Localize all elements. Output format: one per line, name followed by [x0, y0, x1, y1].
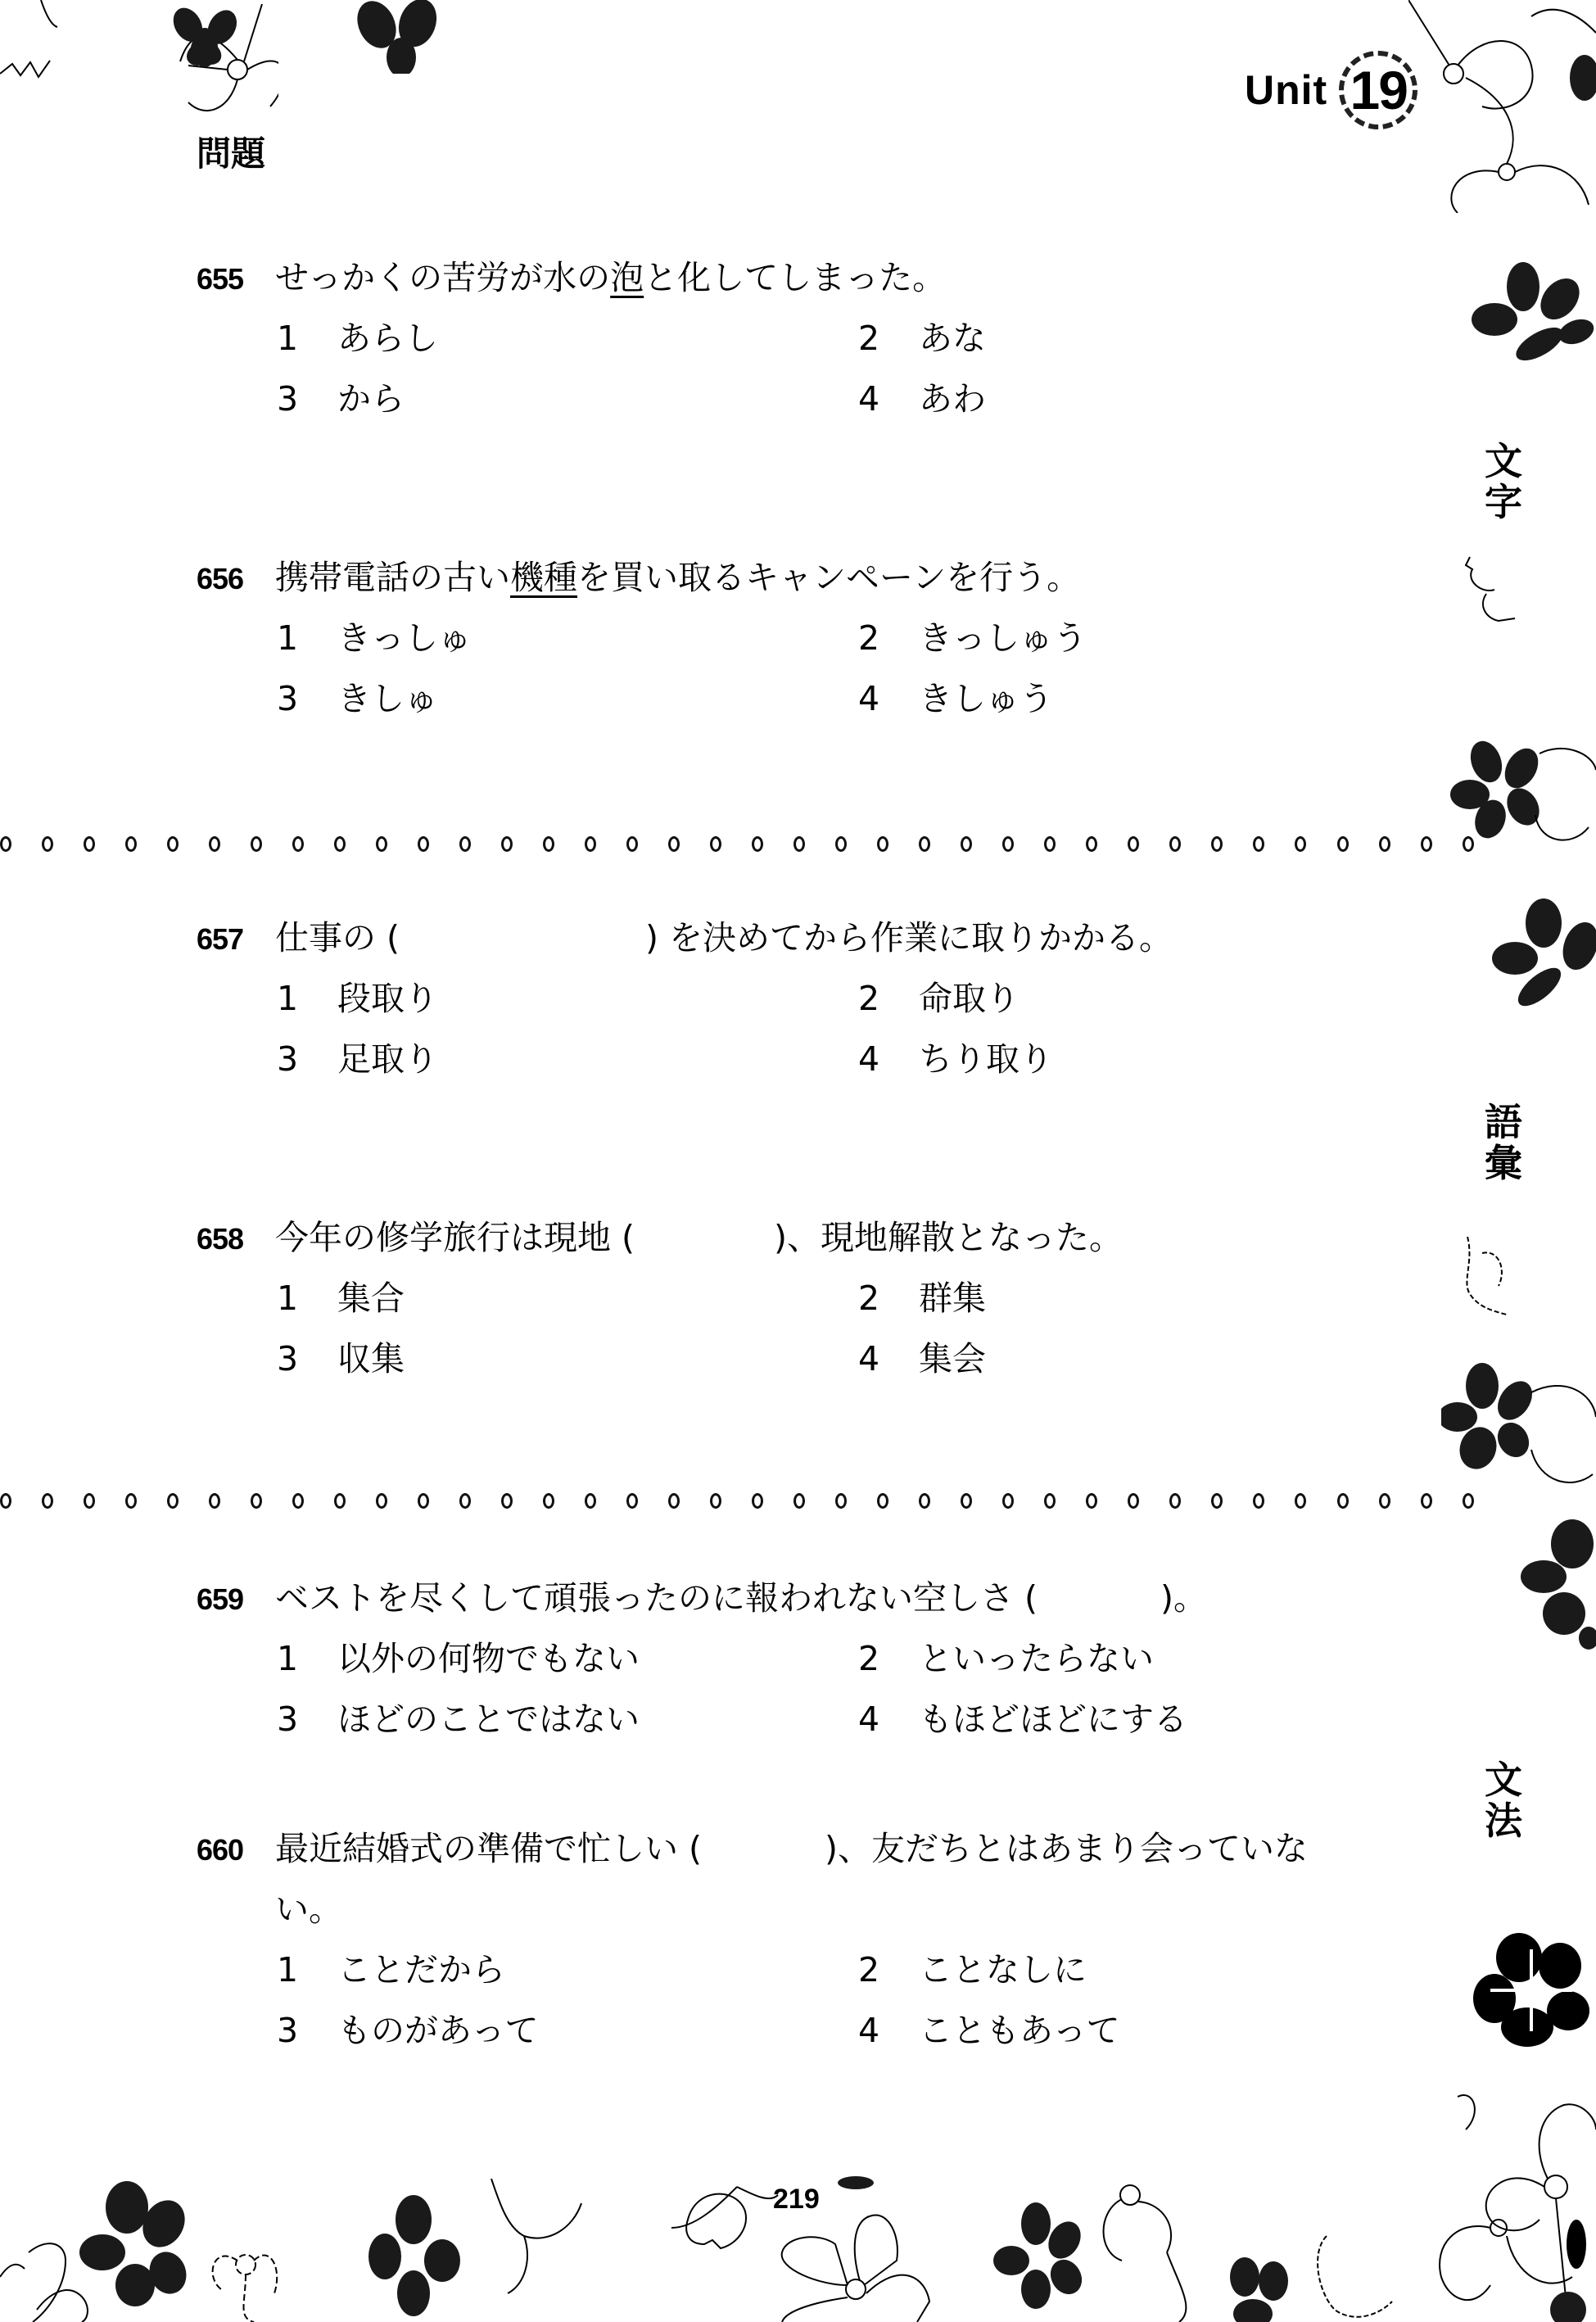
answer-options: 1以外の何物でもない 2といったらない 3ほどのことではない 4もほどほどにする — [197, 1636, 1425, 1741]
side-label-moji: 文 字 — [1482, 441, 1525, 523]
separator-dot — [919, 1493, 930, 1509]
separator-dot — [0, 836, 11, 852]
answer-option-2[interactable]: 2命取り — [857, 976, 1438, 1021]
separator-dot — [1128, 1493, 1139, 1509]
separator-dot — [42, 836, 53, 852]
separator-dot — [167, 1493, 179, 1509]
question-stem: 仕事の () を決めてから作業に取りかかる。 — [275, 916, 1173, 960]
question-657: 657 仕事の () を決めてから作業に取りかかる。 1段取り 2命取り 3足取… — [197, 916, 1425, 1081]
separator-dot — [84, 1493, 95, 1509]
underlined-word: 機種 — [510, 558, 577, 597]
side-label-bunpou: 文 法 — [1482, 1759, 1525, 1841]
answer-option-3[interactable]: 3きしゅ — [275, 677, 857, 721]
separator-dot — [167, 836, 179, 852]
answer-option-3[interactable]: 3ものがあって — [275, 2008, 857, 2053]
flower-decoration-top-center-filled — [164, 0, 254, 90]
answer-option-3[interactable]: 3ほどのことではない — [275, 1697, 857, 1741]
answer-option-3[interactable]: 3足取り — [275, 1037, 857, 1081]
separator-dot — [292, 1493, 304, 1509]
flower-decoration-right-filled-3 — [1490, 893, 1596, 1016]
separator-dot — [251, 836, 262, 852]
answer-options: 1あらし 2あな 3から 4あわ — [197, 316, 1425, 421]
answer-options: 1段取り 2命取り 3足取り 4ちり取り — [197, 976, 1425, 1081]
separator-dot — [835, 1493, 847, 1509]
separator-dot — [793, 1493, 805, 1509]
answer-option-3[interactable]: 3収集 — [275, 1337, 857, 1381]
separator-dot — [125, 836, 137, 852]
answer-option-2[interactable]: 2群集 — [857, 1276, 1438, 1320]
side-label-goi: 語 彙 — [1482, 1102, 1525, 1184]
side-label-char: 彙 — [1482, 1143, 1525, 1184]
answer-option-1[interactable]: 1集合 — [275, 1276, 857, 1320]
separator-dot — [1379, 836, 1390, 852]
separator-dot — [251, 1493, 262, 1509]
answer-option-2[interactable]: 2きっしゅう — [857, 616, 1438, 660]
answer-option-1[interactable]: 1ことだから — [275, 1948, 857, 1992]
separator-dot — [1295, 1493, 1306, 1509]
unit-label: Unit — [1245, 66, 1327, 114]
question-number: 656 — [197, 557, 275, 601]
separator-dot — [1169, 836, 1181, 852]
separator-dot — [209, 836, 220, 852]
question-659: 659 ベストを尽くして頑張ったのに報われない空しさ ()。 1以外の何物でもな… — [197, 1576, 1425, 1741]
dotted-separator — [0, 1491, 1474, 1510]
separator-dot — [1253, 1493, 1264, 1509]
question-stem: 携帯電話の古い機種を買い取るキャンペーンを行う。 — [275, 555, 1080, 600]
answer-option-4[interactable]: 4ちり取り — [857, 1037, 1438, 1081]
separator-dot — [835, 836, 847, 852]
separator-dot — [1128, 836, 1139, 852]
separator-dot — [668, 1493, 680, 1509]
separator-dot — [1421, 836, 1432, 852]
answer-option-3[interactable]: 3から — [275, 377, 857, 421]
separator-dot — [418, 1493, 429, 1509]
answer-option-1[interactable]: 1以外の何物でもない — [275, 1636, 857, 1681]
separator-dot — [752, 1493, 763, 1509]
separator-dot — [1044, 836, 1056, 852]
separator-dot — [1463, 1493, 1474, 1509]
separator-dot — [1463, 836, 1474, 852]
separator-dot — [334, 836, 346, 852]
question-660: 660 最近結婚式の準備で忙しい ()、友だちとはあまり会っていな い。 1こと… — [197, 1826, 1425, 2053]
separator-dot — [459, 1493, 471, 1509]
underlined-word: 泡 — [610, 258, 644, 297]
side-label-char: 語 — [1482, 1102, 1525, 1143]
question-655: 655 せっかくの苦労が水の泡と化してしまった。 1あらし 2あな 3から 4あ… — [197, 256, 1425, 421]
separator-dot — [1337, 836, 1349, 852]
flower-decoration-bottom-center — [983, 2179, 1408, 2322]
flower-decoration-bottom-right-outline — [1408, 2080, 1596, 2322]
unit-number: 19 — [1350, 59, 1406, 121]
separator-dot — [376, 1493, 387, 1509]
separator-dot — [752, 836, 763, 852]
side-label-char: 法 — [1482, 1800, 1525, 1841]
separator-dot — [84, 836, 95, 852]
answer-option-1[interactable]: 1段取り — [275, 976, 857, 1021]
side-label-char: 文 — [1482, 441, 1525, 482]
flower-decoration-top-center-filled-2 — [344, 0, 475, 74]
answer-option-4[interactable]: 4もほどほどにする — [857, 1697, 1438, 1741]
separator-dot — [626, 1493, 638, 1509]
separator-dot — [1044, 1493, 1056, 1509]
answer-options: 1ことだから 2ことなしに 3ものがあって 4こともあって — [197, 1948, 1425, 2053]
answer-options: 1集合 2群集 3収集 4集会 — [197, 1276, 1425, 1381]
question-number: 657 — [197, 917, 275, 962]
answer-option-4[interactable]: 4あわ — [857, 377, 1438, 421]
flower-decoration-right-filled-1 — [1466, 246, 1596, 410]
separator-dot — [209, 1493, 220, 1509]
question-stem: せっかくの苦労が水の泡と化してしまった。 — [275, 256, 946, 300]
separator-dot — [961, 836, 972, 852]
section-title: 問題 — [197, 127, 265, 176]
separator-dot — [626, 836, 638, 852]
separator-dot — [877, 836, 888, 852]
separator-dot — [1379, 1493, 1390, 1509]
dotted-separator — [0, 834, 1474, 853]
separator-dot — [1002, 836, 1014, 852]
side-label-char: 字 — [1482, 482, 1525, 523]
unit-badge: Unit 19 — [1245, 51, 1417, 129]
separator-dot — [125, 1493, 137, 1509]
question-number: 655 — [197, 257, 275, 301]
separator-dot — [1421, 1493, 1432, 1509]
side-label-char: 文 — [1482, 1759, 1525, 1800]
separator-dot — [1086, 1493, 1097, 1509]
question-number: 658 — [197, 1217, 275, 1261]
separator-dot — [42, 1493, 53, 1509]
separator-dot — [585, 836, 596, 852]
answer-option-1[interactable]: 1あらし — [275, 316, 857, 360]
unit-number-magnifier: 19 — [1339, 51, 1417, 129]
separator-dot — [919, 836, 930, 852]
flower-decoration-bottom-left — [0, 2179, 655, 2322]
separator-dot — [793, 836, 805, 852]
question-stem: 最近結婚式の準備で忙しい ()、友だちとはあまり会っていな — [275, 1826, 1308, 1871]
separator-dot — [418, 836, 429, 852]
question-656: 656 携帯電話の古い機種を買い取るキャンペーンを行う。 1きっしゅ 2きっしゅ… — [197, 555, 1425, 721]
separator-dot — [1086, 836, 1097, 852]
separator-dot — [710, 836, 721, 852]
answer-option-1[interactable]: 1きっしゅ — [275, 616, 857, 660]
question-stem: ベストを尽くして頑張ったのに報われない空しさ ()。 — [275, 1576, 1207, 1620]
separator-dot — [1002, 1493, 1014, 1509]
flower-decoration-right-filled-5 — [1515, 1515, 1596, 1654]
separator-dot — [1169, 1493, 1181, 1509]
separator-dot — [710, 1493, 721, 1509]
flower-decoration-right-outline-2 — [1458, 1237, 1523, 1319]
separator-dot — [334, 1493, 346, 1509]
separator-dot — [1337, 1493, 1349, 1509]
answer-option-2[interactable]: 2ことなしに — [857, 1948, 1438, 1992]
separator-dot — [459, 836, 471, 852]
separator-dot — [1253, 836, 1264, 852]
flower-decoration-right-outline-small — [1458, 549, 1523, 631]
separator-dot — [0, 1493, 11, 1509]
answer-option-2[interactable]: 2あな — [857, 316, 1438, 360]
page-number: 219 — [773, 2184, 820, 2216]
question-number: 659 — [197, 1577, 275, 1622]
separator-dot — [585, 1493, 596, 1509]
answer-option-4[interactable]: 4こともあって — [857, 2008, 1438, 2053]
separator-dot — [501, 1493, 513, 1509]
separator-dot — [501, 836, 513, 852]
answer-option-4[interactable]: 4集会 — [857, 1337, 1438, 1381]
separator-dot — [1295, 836, 1306, 852]
separator-dot — [1211, 836, 1223, 852]
flower-decoration-top-right-outline — [1408, 0, 1596, 213]
separator-dot — [668, 836, 680, 852]
answer-option-4[interactable]: 4きしゅう — [857, 677, 1438, 721]
question-stem: 今年の修学旅行は現地 ()、現地解散となった。 — [275, 1215, 1123, 1260]
separator-dot — [1211, 1493, 1223, 1509]
answer-option-2[interactable]: 2といったらない — [857, 1636, 1438, 1681]
separator-dot — [543, 836, 554, 852]
separator-dot — [376, 836, 387, 852]
separator-dot — [292, 836, 304, 852]
question-stem-continuation: い。 — [197, 1887, 1425, 1931]
separator-dot — [961, 1493, 972, 1509]
flower-decoration-right-solid — [1458, 1925, 1596, 2056]
question-number: 660 — [197, 1828, 275, 1872]
separator-dot — [877, 1493, 888, 1509]
separator-dot — [543, 1493, 554, 1509]
question-658: 658 今年の修学旅行は現地 ()、現地解散となった。 1集合 2群集 3収集 … — [197, 1215, 1425, 1381]
answer-options: 1きっしゅ 2きっしゅう 3きしゅ 4きしゅう — [197, 616, 1425, 721]
